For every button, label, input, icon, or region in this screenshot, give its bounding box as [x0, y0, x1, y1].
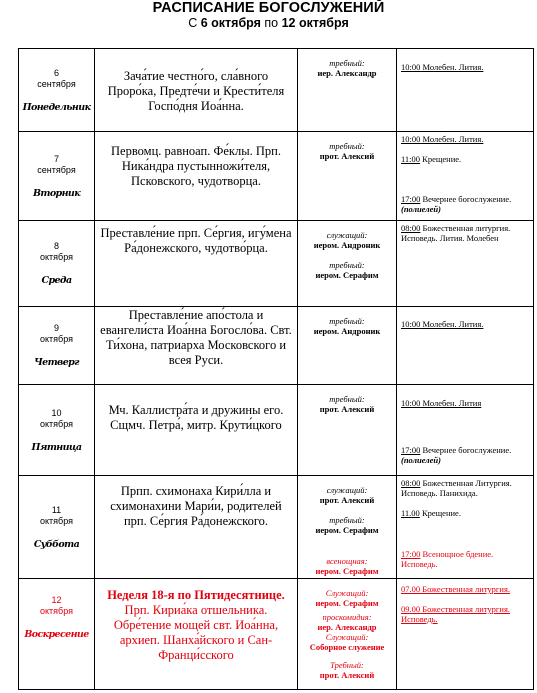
service-time: 10:00 — [401, 62, 420, 72]
clergy-name: Соборное служение — [298, 642, 396, 652]
clergy-name: иером. Серафим — [298, 598, 396, 608]
schedule-row: 6 сентября Понедельник Зача́тие честно́г… — [19, 49, 534, 132]
clergy-role: требный: — [298, 141, 396, 151]
clergy-cell: служащий: прот. Алексий требный: иером. … — [298, 476, 397, 579]
service-text: Молебен. Лития. — [420, 62, 483, 72]
weekday: Суббота — [19, 539, 94, 550]
day-number: 9 — [19, 323, 94, 334]
service-item: 10:00 Молебен. Лития — [401, 398, 530, 408]
clergy-name: иер. Александр — [298, 68, 396, 78]
date-cell: 6 сентября Понедельник — [19, 49, 95, 132]
service-time: 10:00 — [401, 134, 420, 144]
service-note: (полиелей) — [401, 455, 530, 465]
service-time: 10:00 — [401, 319, 420, 329]
clergy-role: требный: — [298, 394, 396, 404]
day-number: 10 — [19, 408, 94, 419]
services-cell: 08:00 Божественная литургия. Исповедь. Л… — [397, 221, 534, 307]
weekday: Пятница — [19, 442, 94, 453]
service-text: Молебен. Лития. — [420, 319, 483, 329]
clergy-role: Требный: — [298, 660, 396, 670]
clergy-name: прот. Алексий — [298, 404, 396, 414]
date-cell: 7 сентября Вторник — [19, 132, 95, 221]
day-number: 12 — [19, 595, 94, 606]
saints-text: Мч. Каллистра́та и дружины его. Сщмч. Пе… — [109, 403, 284, 432]
month-name: сентября — [19, 165, 94, 176]
service-time: 17:00 — [401, 445, 420, 455]
service-text: Крещение. — [420, 154, 461, 164]
service-time: 11:00 — [401, 154, 420, 164]
date-cell: 10 октября Пятница — [19, 385, 95, 476]
clergy-name: прот. Алексий — [298, 151, 396, 161]
service-item: 07.00 Божественная литургия. — [401, 584, 530, 594]
saints-cell: Зача́тие честно́го, сла́вного Проро́ка, … — [95, 49, 298, 132]
schedule-row: 8 октября Среда Преставле́ние прп. Се́рг… — [19, 221, 534, 307]
services-cell: 10:00 Молебен. Лития. — [397, 49, 534, 132]
saints-cell: Неделя 18-я по Пятидесятнице. Прп. Кириа… — [95, 579, 298, 690]
saints-text: Зача́тие честно́го, сла́вного Проро́ка, … — [108, 69, 285, 113]
weekday: Четверг — [19, 357, 94, 368]
service-time: 09.00 — [401, 604, 420, 614]
date-cell: 12 октября Воскресение — [19, 579, 95, 690]
schedule-row: 10 октября Пятница Мч. Каллистра́та и др… — [19, 385, 534, 476]
month-name: сентября — [19, 79, 94, 90]
services-cell: 07.00 Божественная литургия. 09.00 Божес… — [397, 579, 534, 690]
clergy-name: иером. Серафим — [298, 566, 396, 576]
clergy-role: Служащий: — [298, 588, 396, 598]
day-number: 8 — [19, 241, 94, 252]
service-item: 17:00 Вечернее богослужение. — [401, 445, 530, 455]
schedule-row: 12 октября Воскресение Неделя 18-я по Пя… — [19, 579, 534, 690]
service-item: 11:00 Крещение. — [401, 154, 530, 164]
saints-cell: Прпп. схимонаха Кири́лла и схимонахини М… — [95, 476, 298, 579]
services-cell: 10:00 Молебен. Лития. 11:00 Крещение. 17… — [397, 132, 534, 221]
saints-cell: Преставле́ние апо́стола и евангели́ста И… — [95, 307, 298, 385]
clergy-role: служащий: — [298, 485, 396, 495]
schedule-row: 9 октября Четверг Преставле́ние апо́стол… — [19, 307, 534, 385]
schedule-row: 7 сентября Вторник Первомц. равноап. Фе́… — [19, 132, 534, 221]
service-item: 10:00 Молебен. Лития. — [401, 134, 530, 144]
weekday: Вторник — [19, 188, 94, 199]
weekday: Среда — [19, 275, 94, 286]
clergy-name: иером. Серафим — [298, 525, 396, 535]
service-item: 17:00 Всенощное бдение. Исповедь. — [401, 549, 530, 569]
schedule-row: 11 октября Суббота Прпп. схимонаха Кири́… — [19, 476, 534, 579]
saints-cell: Мч. Каллистра́та и дружины его. Сщмч. Пе… — [95, 385, 298, 476]
services-cell: 10:00 Молебен. Лития 17:00 Вечернее бого… — [397, 385, 534, 476]
month-name: октября — [19, 516, 94, 527]
service-text: Крещение. — [420, 508, 461, 518]
service-time: 17:00 — [401, 549, 420, 559]
service-time: 10:00 — [401, 398, 420, 408]
service-item: 17:00 Вечернее богослужение. — [401, 194, 530, 204]
subtitle-mid: по — [261, 16, 282, 30]
service-text: Молебен. Лития — [420, 398, 481, 408]
clergy-role: требный: — [298, 515, 396, 525]
day-number: 11 — [19, 505, 94, 516]
service-time: 08:00 — [401, 478, 420, 488]
service-text: Вечернее богослужение. — [420, 194, 511, 204]
from-date: 6 октября — [201, 16, 261, 30]
clergy-cell: требный: прот. Алексий — [298, 385, 397, 476]
clergy-role: требный: — [298, 58, 396, 68]
service-item: 08:00 Божественная Литургия. Исповедь. П… — [401, 478, 530, 498]
date-cell: 11 октября Суббота — [19, 476, 95, 579]
service-time: 17:00 — [401, 194, 420, 204]
month-name: октября — [19, 419, 94, 430]
service-item: 10:00 Молебен. Лития. — [401, 62, 530, 72]
month-name: октября — [19, 334, 94, 345]
saints-text: Преставле́ние прп. Се́ргия, игу́мена Ра́… — [100, 226, 291, 255]
clergy-name: иер. Александр — [298, 622, 396, 632]
day-number: 6 — [19, 68, 94, 79]
saints-text: Прпп. схимонаха Кири́лла и схимонахини М… — [110, 484, 281, 528]
service-item: 10:00 Молебен. Лития. — [401, 319, 530, 329]
clergy-role: требный: — [298, 316, 396, 326]
month-name: октября — [19, 606, 94, 617]
services-cell: 10:00 Молебен. Лития. — [397, 307, 534, 385]
weekday: Воскресение — [19, 629, 94, 640]
service-text: Божественная литургия. — [420, 584, 510, 594]
clergy-cell: требный: иер. Александр — [298, 49, 397, 132]
clergy-role: служащий: — [298, 230, 396, 240]
clergy-role: требный: — [298, 260, 396, 270]
feast-title: Неделя 18-я по Пятидесятнице. — [99, 588, 293, 603]
service-time: 07.00 — [401, 584, 420, 594]
saints-cell: Преставле́ние прп. Се́ргия, игу́мена Ра́… — [95, 221, 298, 307]
services-cell: 08:00 Божественная Литургия. Исповедь. П… — [397, 476, 534, 579]
saints-cell: Первомц. равноап. Фе́клы. Прп. Ника́ндра… — [95, 132, 298, 221]
clergy-name: иером. Серафим — [298, 270, 396, 280]
clergy-cell: требный: иером. Андроник — [298, 307, 397, 385]
service-text: Вечернее богослужение. — [420, 445, 511, 455]
saints-text: Первомц. равноап. Фе́клы. Прп. Ника́ндра… — [111, 144, 281, 188]
service-item: 09.00 Божественная литургия. Исповедь. — [401, 604, 530, 624]
clergy-cell: Служащий: иером. Серафим проскомидия: ие… — [298, 579, 397, 690]
date-range: С 6 октября по 12 октября — [0, 15, 537, 31]
service-item: 08:00 Божественная литургия. Исповедь. Л… — [401, 223, 530, 243]
service-time: 08:00 — [401, 223, 420, 233]
saints-text: Прп. Кириа́ка отшельника. Обре́тение мощ… — [114, 603, 278, 662]
clergy-cell: требный: прот. Алексий — [298, 132, 397, 221]
date-cell: 9 октября Четверг — [19, 307, 95, 385]
service-text: Молебен. Лития. — [420, 134, 483, 144]
clergy-name: иером. Андроник — [298, 326, 396, 336]
service-time: 11.00 — [401, 508, 420, 518]
saints-text: Преставле́ние апо́стола и евангели́ста И… — [100, 308, 292, 367]
clergy-name: прот. Алексий — [298, 670, 396, 680]
clergy-role: всенощная: — [298, 556, 396, 566]
schedule-table: 6 сентября Понедельник Зача́тие честно́г… — [18, 48, 534, 690]
service-item: 11.00 Крещение. — [401, 508, 530, 518]
to-date: 12 октября — [282, 16, 349, 30]
month-name: октября — [19, 252, 94, 263]
day-number: 7 — [19, 154, 94, 165]
subtitle-prefix: С — [188, 16, 201, 30]
clergy-cell: служащий: иером. Андроник требный: иером… — [298, 221, 397, 307]
clergy-role: Служащий: — [298, 632, 396, 642]
weekday: Понедельник — [19, 102, 94, 113]
service-note: (полиелей) — [401, 204, 530, 214]
clergy-name: иером. Андроник — [298, 240, 396, 250]
page-title: РАСПИСАНИЕ БОГОСЛУЖЕНИЙ — [0, 0, 537, 16]
date-cell: 8 октября Среда — [19, 221, 95, 307]
clergy-name: прот. Алексий — [298, 495, 396, 505]
clergy-role: проскомидия: — [298, 612, 396, 622]
